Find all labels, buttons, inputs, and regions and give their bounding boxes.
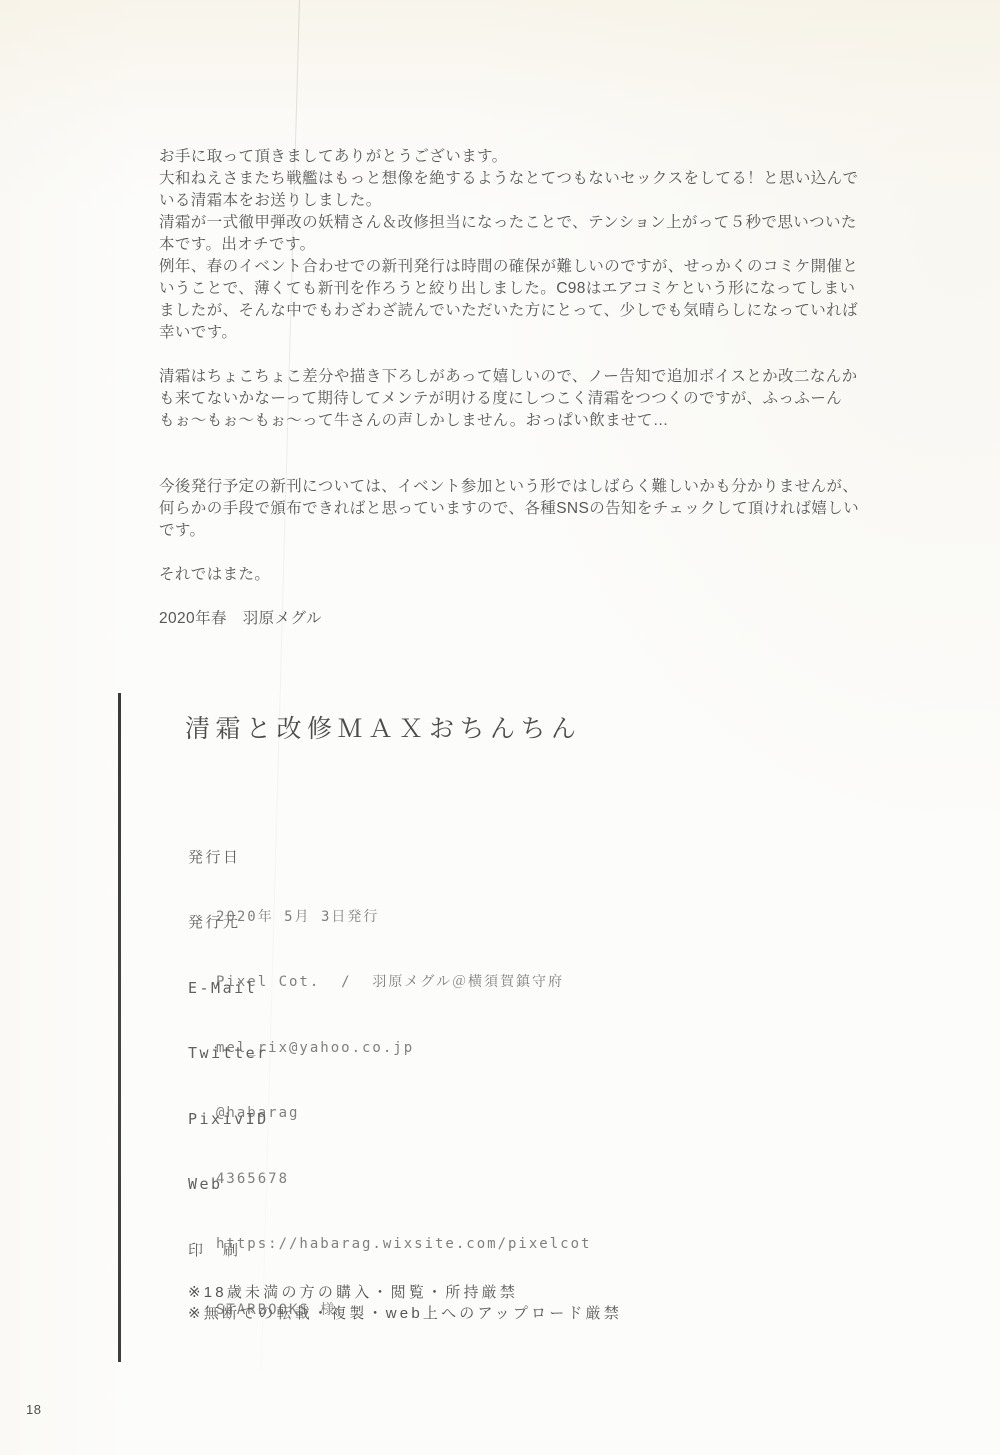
afterword-line: もぉ～もぉ～もぉ～って牛さんの声しかしません。おっぱい飲ませて… xyxy=(159,410,859,432)
afterword-line: ましたが、そんな中でもわざわざ読んでいただいた方にとって、少しでも気晴らしになっ… xyxy=(159,300,859,322)
afterword-line: です。 xyxy=(159,520,859,542)
notice-line: ※18歳未満の方の購入・閲覧・所持厳禁 xyxy=(188,1282,622,1303)
afterword-line xyxy=(159,344,859,366)
afterword-line: 例年、春のイベント合わせでの新刊発行は時間の確保が難しいのですが、せっかくのコミ… xyxy=(159,256,859,278)
afterword-line: いうことで、薄くても新刊を作ろうと絞り出しました。C98はエアコミケという形にな… xyxy=(159,278,859,300)
colophon-entry-label: 発行元 xyxy=(188,911,564,933)
afterword-line xyxy=(159,432,859,454)
colophon-entry-label: E-Mail xyxy=(188,977,414,999)
afterword-text: お手に取って頂きましてありがとうございます。 大和ねえさまたち戦艦はもっと想像を… xyxy=(159,146,859,630)
colophon-vertical-rule xyxy=(118,693,121,1362)
afterword-line xyxy=(159,586,859,608)
colophon-notices: ※18歳未満の方の購入・閲覧・所持厳禁 ※無断での転載・複製・web上へのアップ… xyxy=(188,1282,622,1324)
colophon-entry-label: PixivID xyxy=(188,1108,289,1130)
colophon-entry-label: Web xyxy=(188,1173,591,1195)
colophon-entry-label: 印 刷 xyxy=(188,1239,336,1261)
afterword-line: 幸いです。 xyxy=(159,322,859,344)
book-title: 清霜と改修ＭＡＸおちんちん xyxy=(185,714,582,744)
afterword-line: 何らかの手段で頒布できればと思っていますので、各種SNSの告知をチェックして頂け… xyxy=(159,498,859,520)
afterword-line: 清霜が一式徹甲弾改の妖精さん＆改修担当になったことで、テンション上がって５秒で思… xyxy=(159,212,859,234)
afterword-line: も来てないかなーって期待してメンテが明ける度にしつこく清霜をつつくのですが、ふっ… xyxy=(159,388,859,410)
colophon-entry-label: 発行日 xyxy=(188,846,379,868)
afterword-line xyxy=(159,454,859,476)
colophon-entry-label: Twitter xyxy=(188,1042,299,1064)
afterword-line: 今後発行予定の新刊については、イベント参加という形ではしばらく難しいかも分かりま… xyxy=(159,476,859,498)
notice-line: ※無断での転載・複製・web上へのアップロード厳禁 xyxy=(188,1303,622,1324)
afterword-line: 清霜はちょこちょこ差分や描き下ろしがあって嬉しいので、ノー告知で追加ボイスとか改… xyxy=(159,366,859,388)
afterword-line: 大和ねえさまたち戦艦はもっと想像を絶するようなとてつもないセックスをしてる！と思… xyxy=(159,168,859,190)
afterword-line: いる清霜本をお送りしました。 xyxy=(159,190,859,212)
page-number: 18 xyxy=(26,1402,41,1417)
afterword-line: 本です。出オチです。 xyxy=(159,234,859,256)
afterword-line: 2020年春 羽原メグル xyxy=(159,608,859,630)
colophon-entry: 印 刷 STARBOOKS 様 xyxy=(188,1201,336,1359)
afterword-line: それではまた。 xyxy=(159,564,859,586)
afterword-line xyxy=(159,542,859,564)
afterword-line: お手に取って頂きましてありがとうございます。 xyxy=(159,146,859,168)
scanned-doujinshi-colophon-page: お手に取って頂きましてありがとうございます。 大和ねえさまたち戦艦はもっと想像を… xyxy=(0,0,1000,1455)
